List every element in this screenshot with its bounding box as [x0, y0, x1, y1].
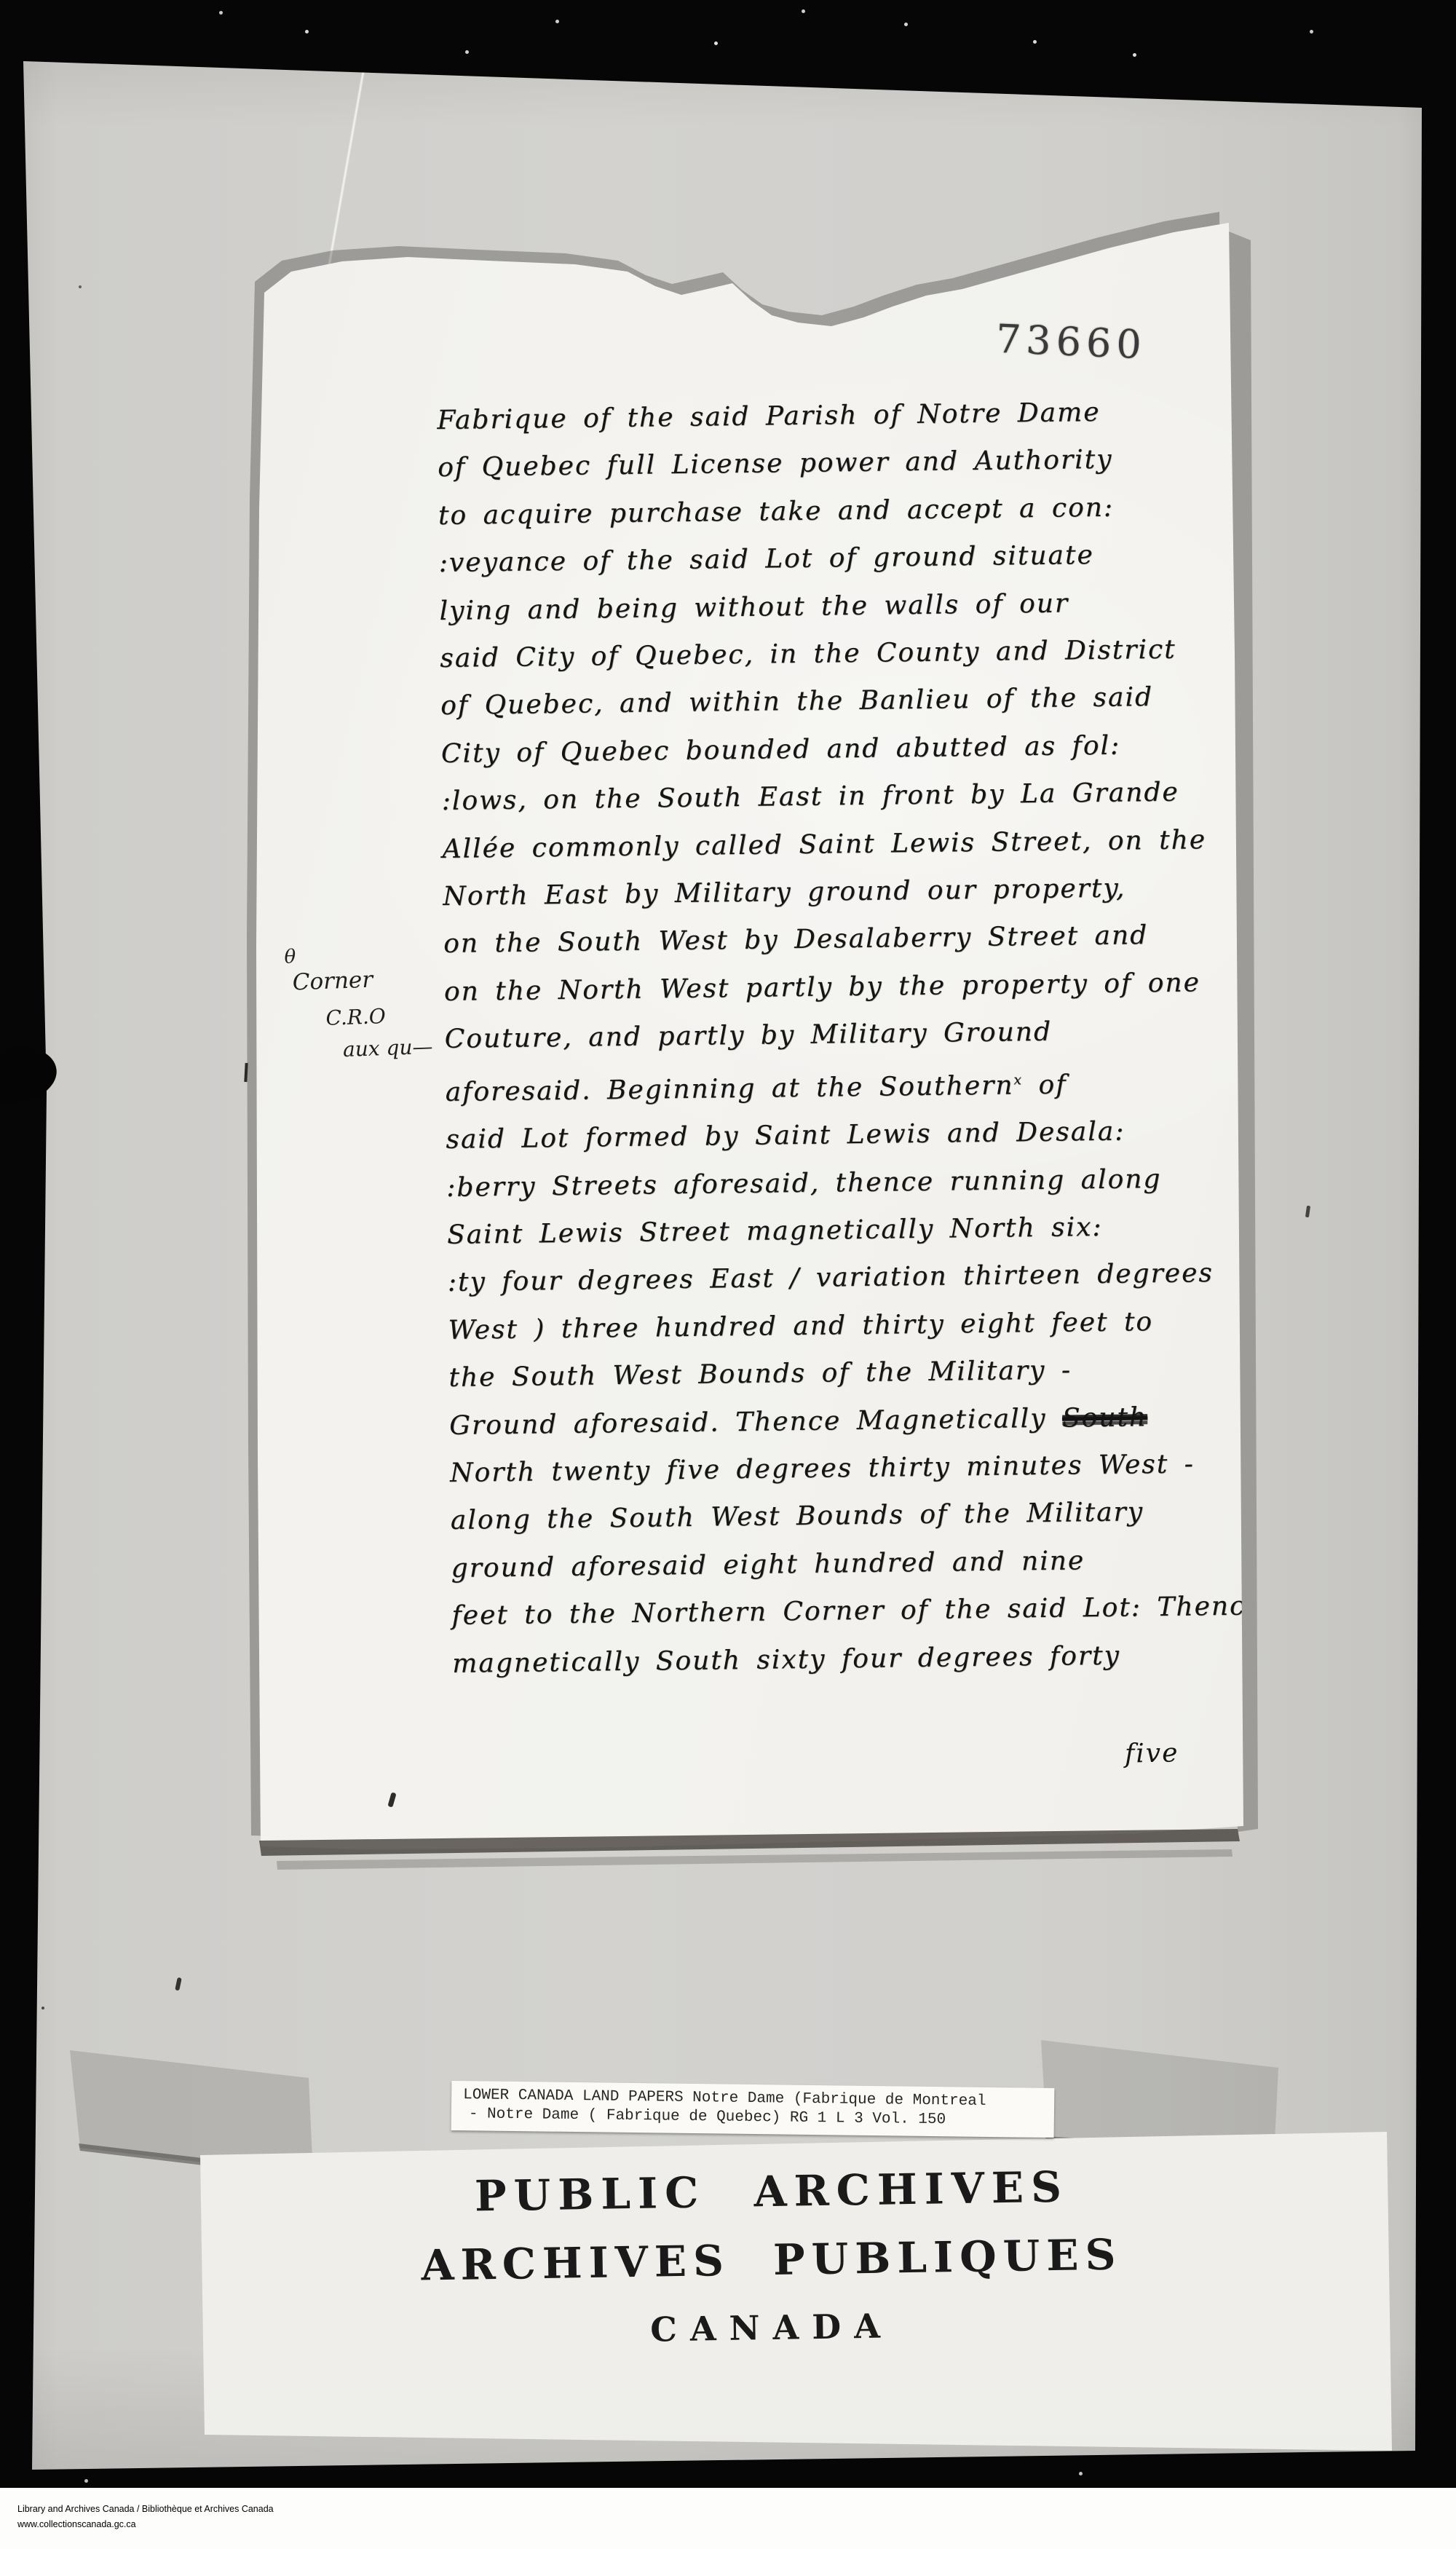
manuscript-line: aforesaid. Beginning at the Southernx of — [445, 1054, 1257, 1116]
handwritten-text-block: Fabrique of the said Parish of Notre Dam… — [437, 387, 1264, 1687]
typed-reference-label: LOWER CANADA LAND PAPERS Notre Dame (Fab… — [451, 2081, 1055, 2138]
footer-institution-text: Library and Archives Canada / Bibliothèq… — [17, 2504, 274, 2514]
manuscript-line: along the South West Bounds of the Milit… — [450, 1487, 1262, 1545]
manuscript-line: :berry Streets aforesaid, thence running… — [446, 1154, 1258, 1212]
manuscript-line: on the North West partly by the property… — [444, 958, 1256, 1016]
manuscript-line: Allée commonly called Saint Lewis Street… — [442, 815, 1254, 873]
microfilm-scan-backing: 73660 θ Corner C.R.O aux qu— Fabrique of… — [0, 0, 1456, 2549]
manuscript-line: West ) three hundred and thirty eight fe… — [448, 1297, 1259, 1354]
footer-url-text: www.collectionscanada.gc.ca — [17, 2519, 136, 2529]
reference-mark: θ — [284, 946, 296, 968]
marginal-note-line: aux qu— — [342, 1035, 432, 1062]
manuscript-line: of Quebec, and within the Banlieu of the… — [440, 673, 1252, 730]
scanned-document-page: 73660 θ Corner C.R.O aux qu— Fabrique of… — [0, 0, 1456, 2549]
film-specks — [0, 0, 2, 2]
archive-number-stamp: 73660 — [995, 316, 1147, 368]
marginal-note-line: Corner — [292, 967, 373, 996]
manuscript-line: magnetically South sixty four degrees fo… — [452, 1630, 1264, 1688]
marginal-note-line: C.R.O — [325, 1004, 386, 1030]
footer-strip: Library and Archives Canada / Bibliothèq… — [0, 2488, 1456, 2549]
label-line: - Notre Dame ( Fabrique de Quebec) RG 1 … — [469, 2106, 946, 2128]
manuscript-line: feet to the Northern Corner of the said … — [451, 1582, 1263, 1640]
catchword: five — [1125, 1738, 1179, 1769]
